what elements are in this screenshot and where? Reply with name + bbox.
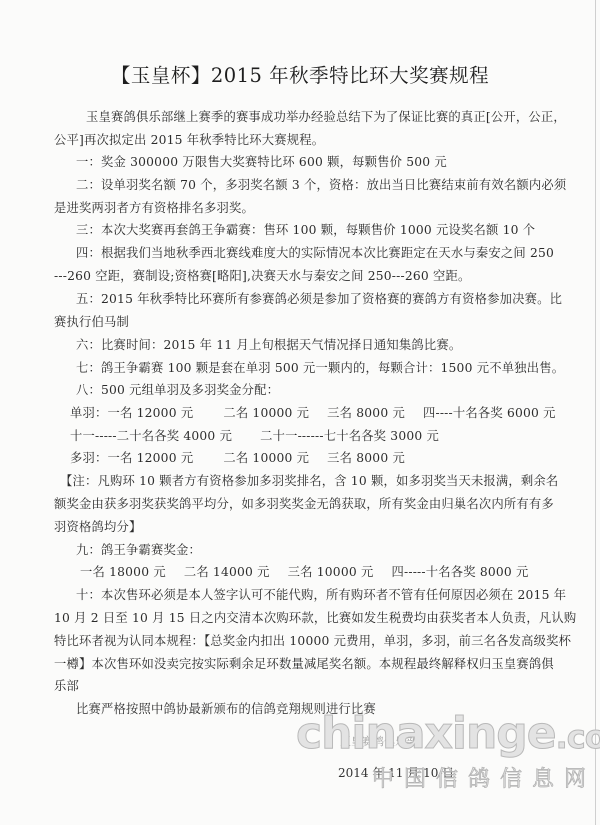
single-prize-3rd: 三名 8000 元 <box>327 406 405 420</box>
single-prize-1st: 一名 12000 元 <box>108 406 194 420</box>
rule-4-line-2: ---260 空距，赛制设;资格赛[略阳],决赛天水与秦安之间 250---26… <box>54 266 471 284</box>
single-prize-2nd: 二名 10000 元 <box>223 406 309 420</box>
rule-5-line-1: 五：2015 年秋季特比环赛所有参赛鸽必须是参加了资格赛的赛鸽方有资格参加决赛。… <box>76 289 562 307</box>
single-prize-row-2: 十一-----二十名各奖 4000 元二十一------七十名各奖 3000 元 <box>70 426 439 444</box>
note-line-3: 羽资格鸽均分】 <box>54 517 141 535</box>
rule-7: 七：鸽王争霸赛 100 颗是套在单羽 500 元一颗内的，每颗合计：1500 元… <box>76 358 564 376</box>
rule-10-line-3: 特比环者视为认同本规程：【总奖金内扣出 10000 元费用，单羽，多羽，前三名各… <box>54 631 571 649</box>
rule-2-line-1: 二：设单羽奖名额 70 个，多羽奖名额 3 个，资格：放出当日比赛结束前有效名额… <box>76 175 566 193</box>
king-prize-1st: 一名 18000 元 <box>80 565 166 579</box>
document-title: 【玉皇杯】2015 年秋季特比环大奖赛规程 <box>0 60 600 88</box>
scan-edge <box>595 0 596 825</box>
rule-4-line-1: 四：根据我们当地秋季西北赛线难度大的实际情况本次比赛距定在天水与秦安之间 250 <box>76 243 554 261</box>
watermark-chinese-name: 中国信鸽信息网 <box>372 762 596 793</box>
single-prize-21st-70th: 二十一------七十名各奖 3000 元 <box>260 429 439 443</box>
intro-line-1: 玉皇赛鸽俱乐部继上赛季的赛事成功举办经验总结下为了保证比赛的真正[公开，公正， <box>86 107 566 125</box>
king-prize-row: 一名 18000 元二名 14000 元三名 10000 元四-----十名各奖… <box>80 562 529 580</box>
rule-3: 三：本次大奖赛再套鸽王争霸赛：售环 100 颗，每颗售价 1000 元设奖名额 … <box>76 220 535 238</box>
watermark-tld: .com <box>556 718 600 756</box>
rule-6: 六：比赛时间：2015 年 11 月上旬根据天气情况择日通知集鸽比赛。 <box>76 335 461 353</box>
intro-line-2: 公平]再次拟定出 2015 年秋季特比环大赛规程。 <box>54 130 324 148</box>
king-prize-4th-10th: 四-----十名各奖 8000 元 <box>391 565 528 579</box>
multi-prize-3rd: 三名 8000 元 <box>327 451 405 465</box>
rule-8: 八：500 元组单羽及多羽奖金分配： <box>76 380 279 398</box>
single-prize-11th-20th: 十一-----二十名各奖 4000 元 <box>70 429 232 443</box>
multi-prize-label: 多羽： <box>70 451 108 465</box>
multi-prize-2nd: 二名 10000 元 <box>223 451 309 465</box>
king-prize-2nd: 二名 14000 元 <box>184 565 270 579</box>
watermark-site-name: chinaxinge.com <box>296 708 600 759</box>
rule-10-line-4: 一樽】本次售环如没卖完按实际剩余足环数量减尾奖名额。本规程最终解释权归玉皇赛鸽俱 <box>54 654 554 672</box>
note-line-2: 额奖金由获多羽奖获奖鸽平均分，如多羽奖奖金无鸽获取，所有奖金由归巢名次内所有有多 <box>54 494 554 512</box>
multi-prize-1st: 一名 12000 元 <box>108 451 194 465</box>
rule-1: 一：奖金 300000 万限售大奖赛特比环 600 颗，每颗售价 500 元 <box>76 152 447 170</box>
scanned-document-page: 【玉皇杯】2015 年秋季特比环大奖赛规程 玉皇赛鸽俱乐部继上赛季的赛事成功举办… <box>0 0 600 825</box>
rule-9: 九：鸽王争霸赛奖金： <box>76 540 201 558</box>
rule-10-line-1: 十：本次售环必须是本人签字认可不能代购，所有购环者不管有任何原因必须在 2015… <box>76 585 566 603</box>
single-prize-row-1: 单羽：一名 12000 元二名 10000 元三名 8000 元四----十名各… <box>70 403 556 421</box>
multi-prize-row: 多羽：一名 12000 元二名 10000 元三名 8000 元 <box>70 448 405 466</box>
single-prize-4th-10th: 四----十名各奖 6000 元 <box>423 406 556 420</box>
single-prize-label: 单羽： <box>70 406 108 420</box>
rule-10-line-5: 乐部 <box>54 676 79 694</box>
rule-10-line-2: 10 月 2 日至 10 月 15 日之内交清本次购环款，比赛如发生税费均由获奖… <box>54 608 576 626</box>
rule-5-line-2: 赛执行伯马制 <box>54 312 129 330</box>
rule-2-line-2: 是进奖两羽者方有资格排名多羽奖。 <box>54 198 254 216</box>
note-line-1: 【注：凡购环 10 颗者方有资格参加多羽奖排名，含 10 颗，如多羽奖当天未报满… <box>60 471 558 489</box>
watermark-site: chinaxinge <box>296 708 556 759</box>
king-prize-3rd: 三名 10000 元 <box>288 565 374 579</box>
